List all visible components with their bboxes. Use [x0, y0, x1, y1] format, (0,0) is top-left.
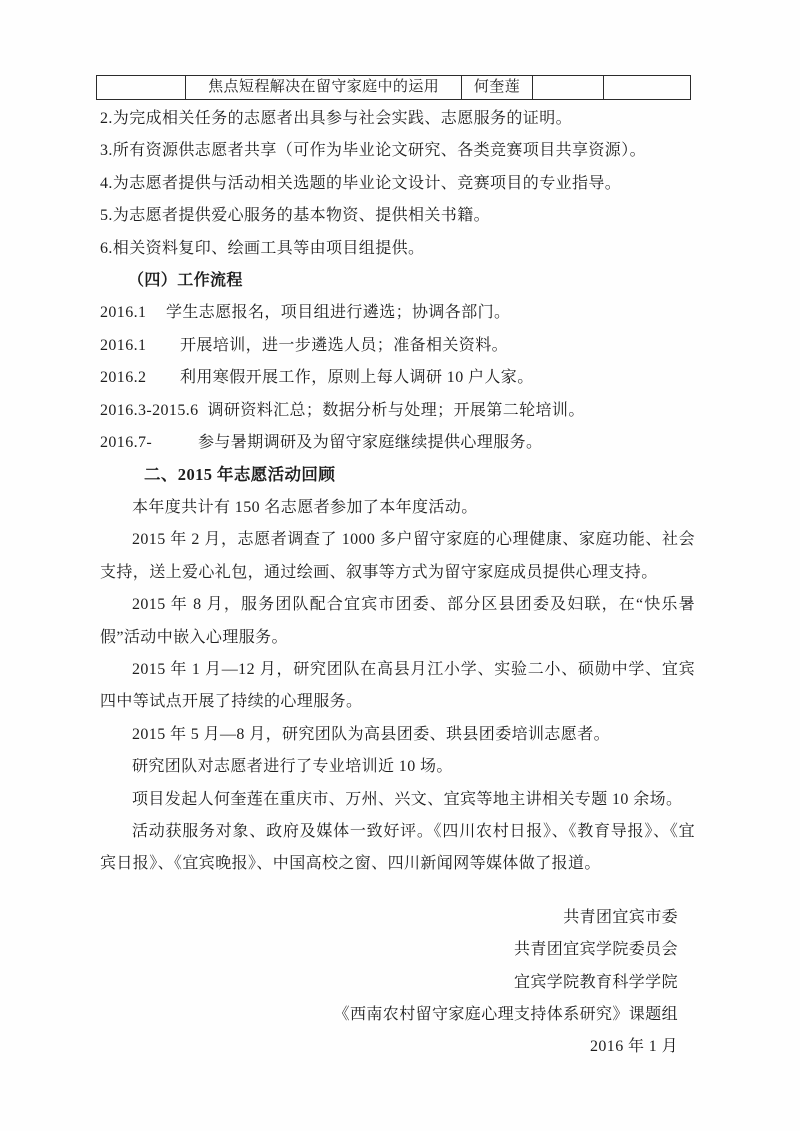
list-item-6: 6.相关资料复印、绘画工具等由项目组提供。 [100, 233, 695, 265]
schedule-row: 2016.1 学生志愿报名，项目组进行遴选；协调各部门。 [100, 297, 695, 329]
schedule-row: 2016.1 开展培训，进一步遴选人员；准备相关资料。 [100, 330, 695, 362]
schedule-row: 2016.3-2015.6 调研资料汇总；数据分析与处理；开展第二轮培训。 [100, 395, 695, 427]
schedule-desc: 学生志愿报名，项目组进行遴选；协调各部门。 [166, 297, 695, 329]
schedule-desc: 开展培训，进一步遴选人员；准备相关资料。 [180, 330, 695, 362]
document-page: 焦点短程解决在留守家庭中的运用 何奎莲 2.为完成相关任务的志愿者出具参与社会实… [0, 0, 800, 1131]
signature-line-education-school: 宜宾学院教育科学学院 [100, 967, 678, 999]
table-cell-empty-1 [97, 76, 186, 100]
review-paragraphs: 本年度共计有 150 名志愿者参加了本年度活动。 2015 年 2 月，志愿者调… [100, 492, 695, 881]
paragraph-school-pilots: 2015 年 1 月—12 月，研究团队在高县月江小学、实验二小、硕勋中学、宜宾… [100, 654, 695, 719]
project-table: 焦点短程解决在留守家庭中的运用 何奎莲 [96, 75, 691, 100]
schedule-row: 2016.2 利用寒假开展工作，原则上每人调研 10 户人家。 [100, 362, 695, 394]
signature-line-youth-league-college: 共青团宜宾学院委员会 [100, 934, 678, 966]
schedule-date: 2016.1 [100, 297, 160, 329]
paragraph-county-training: 2015 年 5 月—8 月，研究团队为高县团委、珙县团委培训志愿者。 [100, 719, 695, 751]
signature-line-youth-league-city: 共青团宜宾市委 [100, 902, 678, 934]
signature-line-date: 2016 年 1 月 [100, 1031, 678, 1063]
numbered-list: 2.为完成相关任务的志愿者出具参与社会实践、志愿服务的证明。 3.所有资源供志愿… [100, 103, 695, 265]
schedule-desc: 调研资料汇总；数据分析与处理；开展第二轮培训。 [208, 395, 695, 427]
table-cell-empty-3 [603, 76, 690, 100]
table-row: 焦点短程解决在留守家庭中的运用 何奎莲 [97, 76, 691, 100]
paragraph-training-sessions: 研究团队对志愿者进行了专业培训近 10 场。 [100, 751, 695, 783]
schedule-date: 2016.1 [100, 330, 172, 362]
schedule-date: 2016.7- [100, 427, 190, 459]
paragraph-media-coverage: 活动获服务对象、政府及媒体一致好评。《四川农村日报》、《教育导报》、《宜宾日报》… [100, 816, 695, 881]
list-item-5: 5.为志愿者提供爱心服务的基本物资、提供相关书籍。 [100, 200, 695, 232]
paragraph-total-volunteers: 本年度共计有 150 名志愿者参加了本年度活动。 [100, 492, 695, 524]
schedule-list: 2016.1 学生志愿报名，项目组进行遴选；协调各部门。 2016.1 开展培训… [100, 297, 695, 459]
paragraph-feb-survey: 2015 年 2 月，志愿者调查了 1000 多户留守家庭的心理健康、家庭功能、… [100, 524, 695, 589]
table-cell-empty-2 [533, 76, 603, 100]
schedule-row: 2016.7- 参与暑期调研及为留守家庭继续提供心理服务。 [100, 427, 695, 459]
table-cell-person: 何奎莲 [461, 76, 532, 100]
list-item-2: 2.为完成相关任务的志愿者出具参与社会实践、志愿服务的证明。 [100, 103, 695, 135]
signature-block: 共青团宜宾市委 共青团宜宾学院委员会 宜宾学院教育科学学院 《西南农村留守家庭心… [100, 902, 695, 1064]
table-cell-topic: 焦点短程解决在留守家庭中的运用 [186, 76, 461, 100]
review-section-heading: 二、2015 年志愿活动回顾 [100, 459, 695, 491]
paragraph-aug-service: 2015 年 8 月，服务团队配合宜宾市团委、部分区县团委及妇联，在“快乐暑假”… [100, 589, 695, 654]
schedule-date: 2016.3-2015.6 [100, 395, 199, 427]
paragraph-lectures: 项目发起人何奎莲在重庆市、万州、兴文、宜宾等地主讲相关专题 10 余场。 [100, 784, 695, 816]
schedule-desc: 利用寒假开展工作，原则上每人调研 10 户人家。 [180, 362, 695, 394]
schedule-date: 2016.2 [100, 362, 172, 394]
list-item-4: 4.为志愿者提供与活动相关选题的毕业论文设计、竞赛项目的专业指导。 [100, 168, 695, 200]
schedule-desc: 参与暑期调研及为留守家庭继续提供心理服务。 [198, 427, 695, 459]
signature-line-research-group: 《西南农村留守家庭心理支持体系研究》课题组 [100, 999, 678, 1031]
list-item-3: 3.所有资源供志愿者共享（可作为毕业论文研究、各类竞赛项目共享资源）。 [100, 135, 695, 167]
workflow-section-heading: （四）工作流程 [100, 265, 695, 297]
